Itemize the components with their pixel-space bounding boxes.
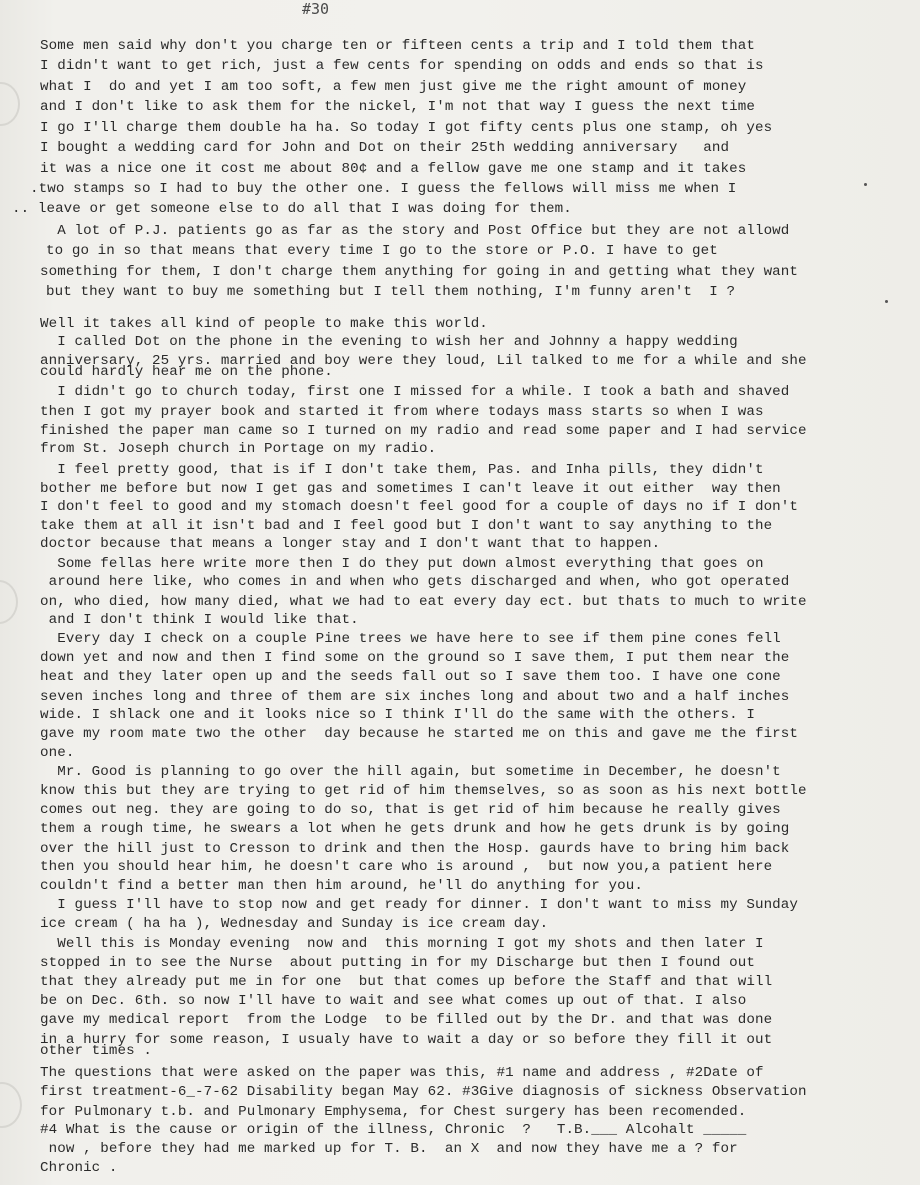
text-line: ice cream ( ha ha ), Wednesday and Sunda… bbox=[40, 916, 548, 932]
text-line: then I got my prayer book and started it… bbox=[40, 404, 764, 420]
text-line: then you should hear him, he doesn't car… bbox=[40, 859, 772, 875]
text-line: I don't feel to good and my stomach does… bbox=[40, 499, 798, 515]
text-line: couldn't find a better man then him arou… bbox=[40, 878, 643, 894]
typewritten-page: #30 Some men said why don't you charge t… bbox=[0, 0, 920, 1185]
text-line: wide. I shlack one and it looks nice so … bbox=[40, 707, 755, 723]
text-line: for Pulmonary t.b. and Pulmonary Emphyse… bbox=[40, 1104, 746, 1120]
text-line: to go in so that means that every time I… bbox=[46, 243, 718, 259]
text-line: and I don't think I would like that. bbox=[40, 612, 359, 628]
text-line: I guess I'll have to stop now and get re… bbox=[40, 897, 798, 913]
text-line: .two stamps so I had to buy the other on… bbox=[30, 181, 736, 197]
text-line: gave my room mate two the other day beca… bbox=[40, 726, 798, 742]
text-line: know this but they are trying to get rid… bbox=[40, 783, 807, 799]
text-line: comes out neg. they are going to do so, … bbox=[40, 802, 781, 818]
text-line: be on Dec. 6th. so now I'll have to wait… bbox=[40, 993, 746, 1009]
text-line: Chronic . bbox=[40, 1160, 118, 1176]
punch-hole-top bbox=[0, 82, 20, 126]
text-line: Every day I check on a couple Pine trees… bbox=[40, 631, 781, 647]
text-line: Mr. Good is planning to go over the hill… bbox=[40, 764, 781, 780]
text-line: bother me before but now I get gas and s… bbox=[40, 481, 781, 497]
text-line: gave my medical report from the Lodge to… bbox=[40, 1012, 772, 1028]
page-number: #30 bbox=[302, 0, 329, 18]
text-line: Well it takes all kind of people to make… bbox=[40, 316, 488, 332]
text-line: I go I'll charge them double ha ha. So t… bbox=[40, 120, 772, 136]
text-line: Some men said why don't you charge ten o… bbox=[40, 38, 755, 54]
punch-hole-middle bbox=[0, 580, 18, 624]
text-line: and I don't like to ask them for the nic… bbox=[40, 99, 755, 115]
text-line: what I do and yet I am too soft, a few m… bbox=[40, 79, 746, 95]
ink-speck bbox=[864, 183, 867, 186]
text-line: #4 What is the cause or origin of the il… bbox=[40, 1122, 746, 1138]
text-line: from St. Joseph church in Portage on my … bbox=[40, 441, 436, 457]
text-line: heat and they later open up and the seed… bbox=[40, 669, 781, 685]
text-line: down yet and now and then I find some on… bbox=[40, 650, 789, 666]
text-line: other times . bbox=[40, 1043, 152, 1059]
text-line: stopped in to see the Nurse about puttin… bbox=[40, 955, 755, 971]
text-line: Well this is Monday evening now and this… bbox=[40, 936, 764, 952]
text-line: The questions that were asked on the pap… bbox=[40, 1065, 764, 1081]
text-line: that they already put me in for one but … bbox=[40, 974, 772, 990]
text-line: around here like, who comes in and when … bbox=[40, 574, 789, 590]
text-line: first treatment-6_-7-62 Disability began… bbox=[40, 1084, 807, 1100]
text-line: .. leave or get someone else to do all t… bbox=[12, 201, 572, 217]
text-line: Some fellas here write more then I do th… bbox=[40, 556, 764, 572]
text-line: A lot of P.J. patients go as far as the … bbox=[40, 223, 789, 239]
text-line: finished the paper man came so I turned … bbox=[40, 423, 807, 439]
text-line: could hardly hear me on the phone. bbox=[40, 364, 333, 380]
text-line: it was a nice one it cost me about 80¢ a… bbox=[40, 161, 746, 177]
text-line: take them at all it isn't bad and I feel… bbox=[40, 518, 772, 534]
text-line: them a rough time, he swears a lot when … bbox=[40, 821, 789, 837]
text-line: on, who died, how many died, what we had… bbox=[40, 594, 807, 610]
text-line: but they want to buy me something but I … bbox=[46, 284, 735, 300]
text-line: I didn't want to get rich, just a few ce… bbox=[40, 58, 764, 74]
punch-hole-bottom bbox=[0, 1082, 22, 1128]
text-line: doctor because that means a longer stay … bbox=[40, 536, 660, 552]
ink-speck bbox=[885, 300, 888, 303]
text-line: one. bbox=[40, 745, 74, 761]
text-line: I called Dot on the phone in the evening… bbox=[40, 334, 738, 350]
text-line: I didn't go to church today, first one I… bbox=[40, 384, 789, 400]
text-line: I feel pretty good, that is if I don't t… bbox=[40, 462, 764, 478]
text-line: over the hill just to Cresson to drink a… bbox=[40, 841, 789, 857]
text-line: something for them, I don't charge them … bbox=[40, 264, 798, 280]
text-line: now , before they had me marked up for T… bbox=[40, 1141, 738, 1157]
text-line: I bought a wedding card for John and Dot… bbox=[40, 140, 729, 156]
text-line: seven inches long and three of them are … bbox=[40, 689, 789, 705]
